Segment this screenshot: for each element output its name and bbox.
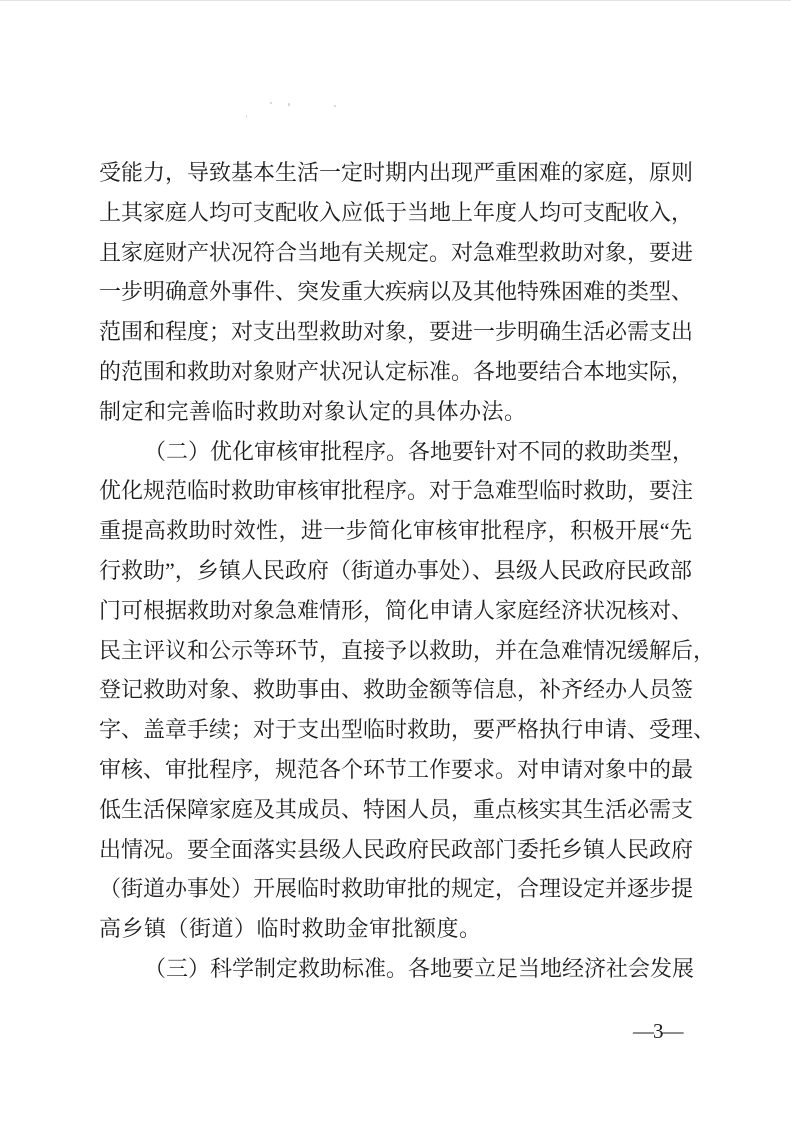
text-line: 高乡镇（街道）临时救助金审批额度。 — [99, 909, 692, 949]
text-line: 受能力，导致基本生活一定时期内出现严重困难的家庭，原则 — [99, 153, 692, 193]
scan-artifact-speck — [288, 103, 290, 106]
text-line: 民主评议和公示等环节，直接予以救助，并在急难情况缓解后， — [99, 631, 692, 671]
text-line: 字、盖章手续；对于支出型临时救助，要严格执行申请、受理、 — [99, 710, 692, 750]
text-line: 优化规范临时救助审核审批程序。对于急难型临时救助，要注 — [99, 471, 692, 511]
text-line: 低生活保障家庭及其成员、特困人员，重点核实其生活必需支 — [99, 790, 692, 830]
text-line: 重提高救助时效性，进一步简化审核审批程序，积极开展“先 — [99, 511, 692, 551]
text-line: 的范围和救助对象财产状况认定标准。各地要结合本地实际， — [99, 352, 692, 392]
document-body: 受能力，导致基本生活一定时期内出现严重困难的家庭，原则上其家庭人均可支配收入应低… — [99, 153, 692, 989]
text-line: （三）科学制定救助标准。各地要立足当地经济社会发展 — [99, 949, 692, 989]
text-line: 出情况。要全面落实县级人民政府民政部门委托乡镇人民政府 — [99, 830, 692, 870]
text-line: （街道办事处）开展临时救助审批的规定，合理设定并逐步提 — [99, 869, 692, 909]
scan-artifact-speck — [270, 102, 272, 104]
text-line: （二）优化审核审批程序。各地要针对不同的救助类型， — [99, 432, 692, 472]
text-line: 行救助”，乡镇人民政府（街道办事处）、县级人民政府民政部 — [99, 551, 692, 591]
text-line: 登记救助对象、救助事由、救助金额等信息，补齐经办人员签 — [99, 670, 692, 710]
text-line: 上其家庭人均可支配收入应低于当地上年度人均可支配收入， — [99, 193, 692, 233]
scan-top-edge — [0, 0, 791, 1]
text-line: 一步明确意外事件、突发重大疾病以及其他特殊困难的类型、 — [99, 272, 692, 312]
text-line: 门可根据救助对象急难情形，简化申请人家庭经济状况核对、 — [99, 591, 692, 631]
text-line: 范围和程度；对支出型救助对象，要进一步明确生活必需支出 — [99, 312, 692, 352]
scan-artifact-speck — [246, 115, 247, 118]
text-line: 制定和完善临时救助对象认定的具体办法。 — [99, 392, 692, 432]
text-line: 审核、审批程序，规范各个环节工作要求。对申请对象中的最 — [99, 750, 692, 790]
scan-artifact-speck — [334, 105, 336, 107]
text-line: 且家庭财产状况符合当地有关规定。对急难型救助对象，要进 — [99, 233, 692, 273]
scanned-document-page: 受能力，导致基本生活一定时期内出现严重困难的家庭，原则上其家庭人均可支配收入应低… — [0, 0, 791, 1121]
page-number: —3— — [633, 1018, 683, 1044]
